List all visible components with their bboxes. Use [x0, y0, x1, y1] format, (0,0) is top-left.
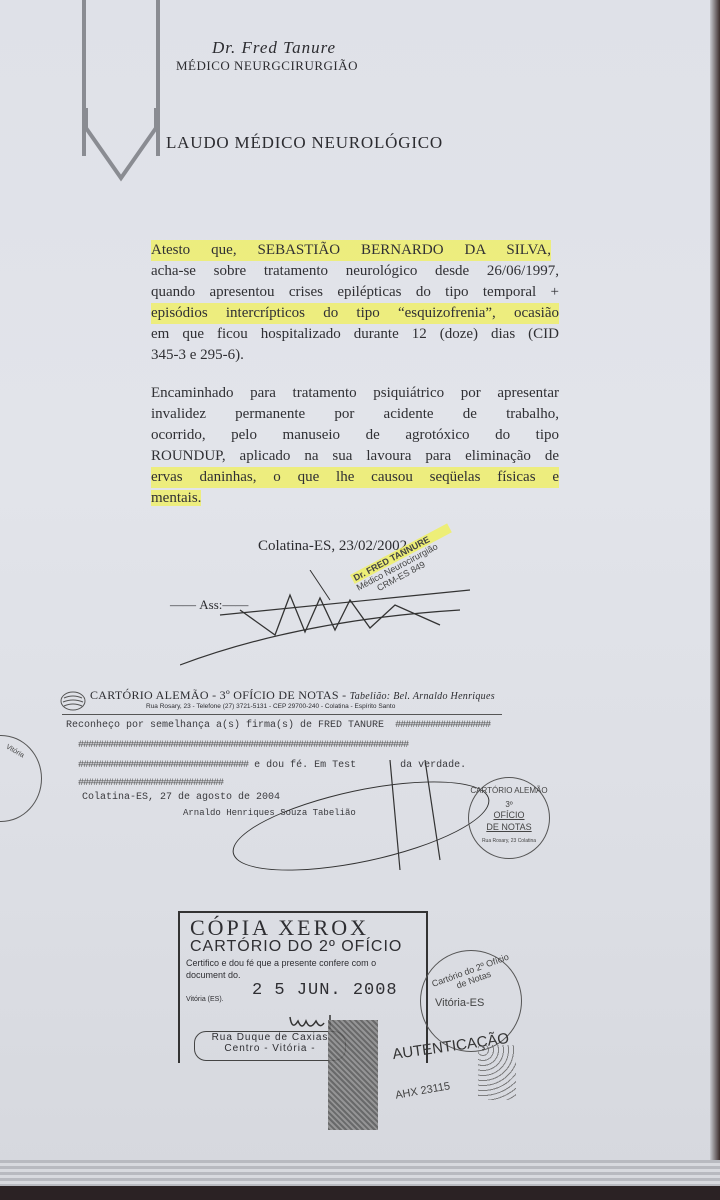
cartorio-date-line: Colatina-ES, 27 de agosto de 2004: [82, 792, 280, 803]
text-line: 345-3 e 295-6).: [151, 345, 559, 366]
doctor-specialty: MÉDICO NEURGCIRURGIÃO: [176, 58, 358, 74]
seal-ring-text: Cartório do 2º Ofício de Notas: [426, 950, 517, 1000]
text-line: ervas daninhas, o que lhe causou seqüela…: [151, 467, 559, 488]
cartorio-alemao-header: CARTÓRIO ALEMÃO - 3º OFÍCIO DE NOTAS - T…: [90, 688, 495, 703]
cartorio-alemao-seal: CARTÓRIO ALEMÃO 3º OFÍCIO DE NOTAS Rua R…: [468, 777, 550, 859]
text-line: Encaminhado para tratamento psiquiátrico…: [151, 383, 559, 404]
copia-xerox-stamp: CÓPIA XEROX CARTÓRIO DO 2º OFÍCIO Certif…: [178, 911, 428, 1063]
recognition-line: Reconheço por semelhança a(s) firma(s) d…: [66, 720, 490, 731]
paper-clip-tip-icon: [84, 108, 158, 182]
text-line: acha-se sobre tratamento neurológico des…: [151, 261, 559, 282]
signature-oval-icon: [225, 764, 496, 889]
text-line: invalidez permanente por acidente de tra…: [151, 404, 559, 425]
text-line: em que ficou hospitalizado durante 12 (d…: [151, 324, 559, 345]
left-seal-text: Vitória: [5, 744, 26, 760]
xerox-subtitle: CARTÓRIO DO 2º OFÍCIO: [190, 938, 402, 956]
seal-oficio: OFÍCIO: [469, 810, 549, 820]
xerox-date: 2 5 JUN. 2008: [252, 981, 398, 1000]
text-line: ROUNDUP, aplicado na sua lavoura para el…: [151, 446, 559, 467]
text-line: quando apresentou crises epilépticas do …: [151, 282, 559, 303]
document-title: LAUDO MÉDICO NEUROLÓGICO: [166, 133, 443, 153]
doctor-name: Dr. Fred Tanure: [212, 38, 336, 58]
text-line: Atesto que, SEBASTIÃO BERNARDO DA SILVA,: [151, 240, 551, 261]
paragraph-referral: Encaminhado para tratamento psiquiátrico…: [151, 383, 559, 509]
authentication-code: AHX 23115: [394, 1080, 451, 1101]
text-line: ocorrido, pelo manuseio de agrotóxico do…: [151, 425, 559, 446]
paragraph-attestation: Atesto que, SEBASTIÃO BERNARDO DA SILVA,…: [151, 240, 559, 366]
document-page: Dr. Fred Tanure MÉDICO NEURGCIRURGIÃO LA…: [0, 0, 712, 1180]
filler-line: #############################: [78, 778, 223, 789]
left-partial-seal: Vitória: [0, 735, 42, 822]
divider: [62, 714, 502, 715]
signature-stroke-icon: [370, 760, 450, 870]
xerox-city: Vitória (ES).: [186, 996, 224, 1003]
cartorio-alemao-name: CARTÓRIO ALEMÃO - 3º OFÍCIO DE NOTAS -: [90, 688, 346, 702]
authentication-emblem-icon: [328, 1020, 378, 1130]
cartorio-alemao-address: Rua Rosary, 23 - Telefone (27) 3721-5131…: [146, 703, 395, 710]
authentication-texture-icon: [478, 1045, 516, 1100]
table-surface: [0, 1186, 720, 1200]
seal-notas: DE NOTAS: [469, 822, 549, 832]
seal-address: Rua Rosary, 23 Colatina: [469, 838, 549, 844]
seal-number: 3º: [469, 800, 549, 809]
xerox-cert-line: document do.: [186, 970, 241, 980]
place-date: Colatina-ES, 23/02/2002: [258, 538, 407, 555]
text-line: episódios intercrípticos do tipo “esquiz…: [151, 303, 559, 324]
xerox-cert-line: Certifico e dou fé que a presente confer…: [186, 958, 376, 968]
cartorio-alemao-tabeliao: Tabelião: Bel. Arnaldo Henriques: [350, 691, 495, 702]
page-edge: [710, 0, 720, 1200]
text-line-wrap: mentais.: [151, 488, 559, 509]
cartorio-logo-icon: [60, 690, 86, 712]
xerox-address-line: Rua Duque de Caxias: [195, 1032, 345, 1043]
recognition-text: Reconheço por semelhança a(s) firma(s) d…: [66, 720, 384, 731]
text-line: mentais.: [151, 490, 201, 506]
xerox-address: Rua Duque de Caxias Centro - Vitória -: [194, 1031, 346, 1061]
seal-ring-text: CARTÓRIO ALEMÃO: [469, 786, 549, 795]
xerox-address-line: Centro - Vitória -: [195, 1043, 345, 1054]
seal-center-text: Vitória-ES: [435, 997, 484, 1009]
faith-text: e dou fé. Em Test: [254, 760, 356, 771]
filler-line: ########################################…: [78, 740, 408, 751]
